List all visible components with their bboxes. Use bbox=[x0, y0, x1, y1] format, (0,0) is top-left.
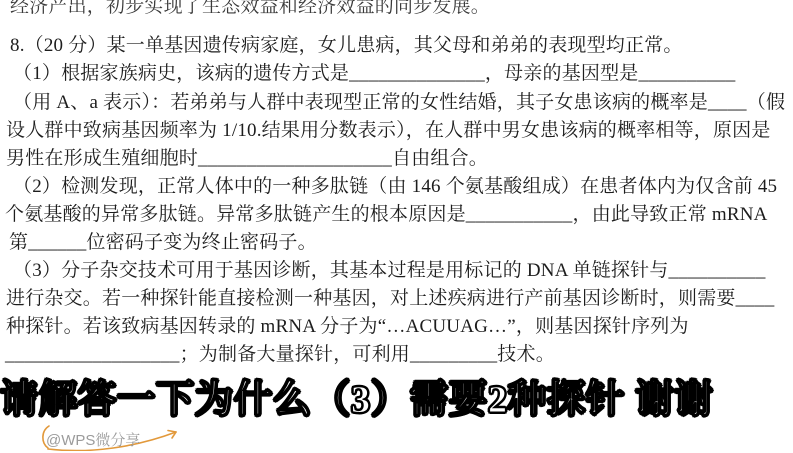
watermark-label: @WPS微分享 bbox=[46, 429, 140, 450]
subquestion-2-line-2: 个氨基酸的异常多肽链。异常多肽链产生的根本原因是___________，由此导致… bbox=[5, 199, 768, 226]
subquestion-2-line-3: 第______位密码子变为终止密码子。 bbox=[9, 227, 317, 254]
question-8-stem: 8.（20 分）某一单基因遗传病家庭，女儿患病，其父母和弟弟的表现型均正常。 bbox=[10, 30, 683, 57]
subquestion-1-line-3: 设人群中致病基因频率为 1/10.结果用分数表示），在人群中男女患该病的概率相等… bbox=[6, 115, 771, 142]
user-question-caption: 请解答一下为什么（3）需要2种探针 谢谢 bbox=[0, 368, 714, 423]
subquestion-3-line-3: 种探针。若该致病基因转录的 mRNA 分子为“…ACUUAG…”，则基因探针序列… bbox=[6, 311, 689, 338]
subquestion-1-line-2: （用 A、a 表示）：若弟弟与人群中表现型正常的女性结婚，其子女患该病的概率是_… bbox=[13, 87, 785, 114]
subquestion-1-line-1: （1）根据家族病史，该病的遗传方式是______________，母亲的基因型是… bbox=[13, 58, 736, 85]
subquestion-3-line-1: （3）分子杂交技术可用于基因诊断，其基本过程是用标记的 DNA 单链探针与___… bbox=[13, 255, 766, 282]
wps-watermark: @WPS微分享 bbox=[36, 423, 196, 451]
subquestion-3-line-4: __________________；为制备大量探针，可利用_________技… bbox=[5, 339, 555, 366]
clipped-top-line: 经济产出，初步实现了生态效益和经济效益的同步发展。 bbox=[10, 0, 490, 18]
subquestion-1-line-4: 男性在形成生殖细胞时____________________自由组合。 bbox=[6, 143, 488, 170]
subquestion-2-line-1: （2）检测发现，正常人体中的一种多肽链（由 146 个氨基酸组成）在患者体内为仅… bbox=[13, 171, 777, 198]
subquestion-3-line-2: 进行杂交。若一种探针能直接检测一种基因，对上述疾病进行产前基因诊断时，则需要__… bbox=[6, 283, 774, 310]
